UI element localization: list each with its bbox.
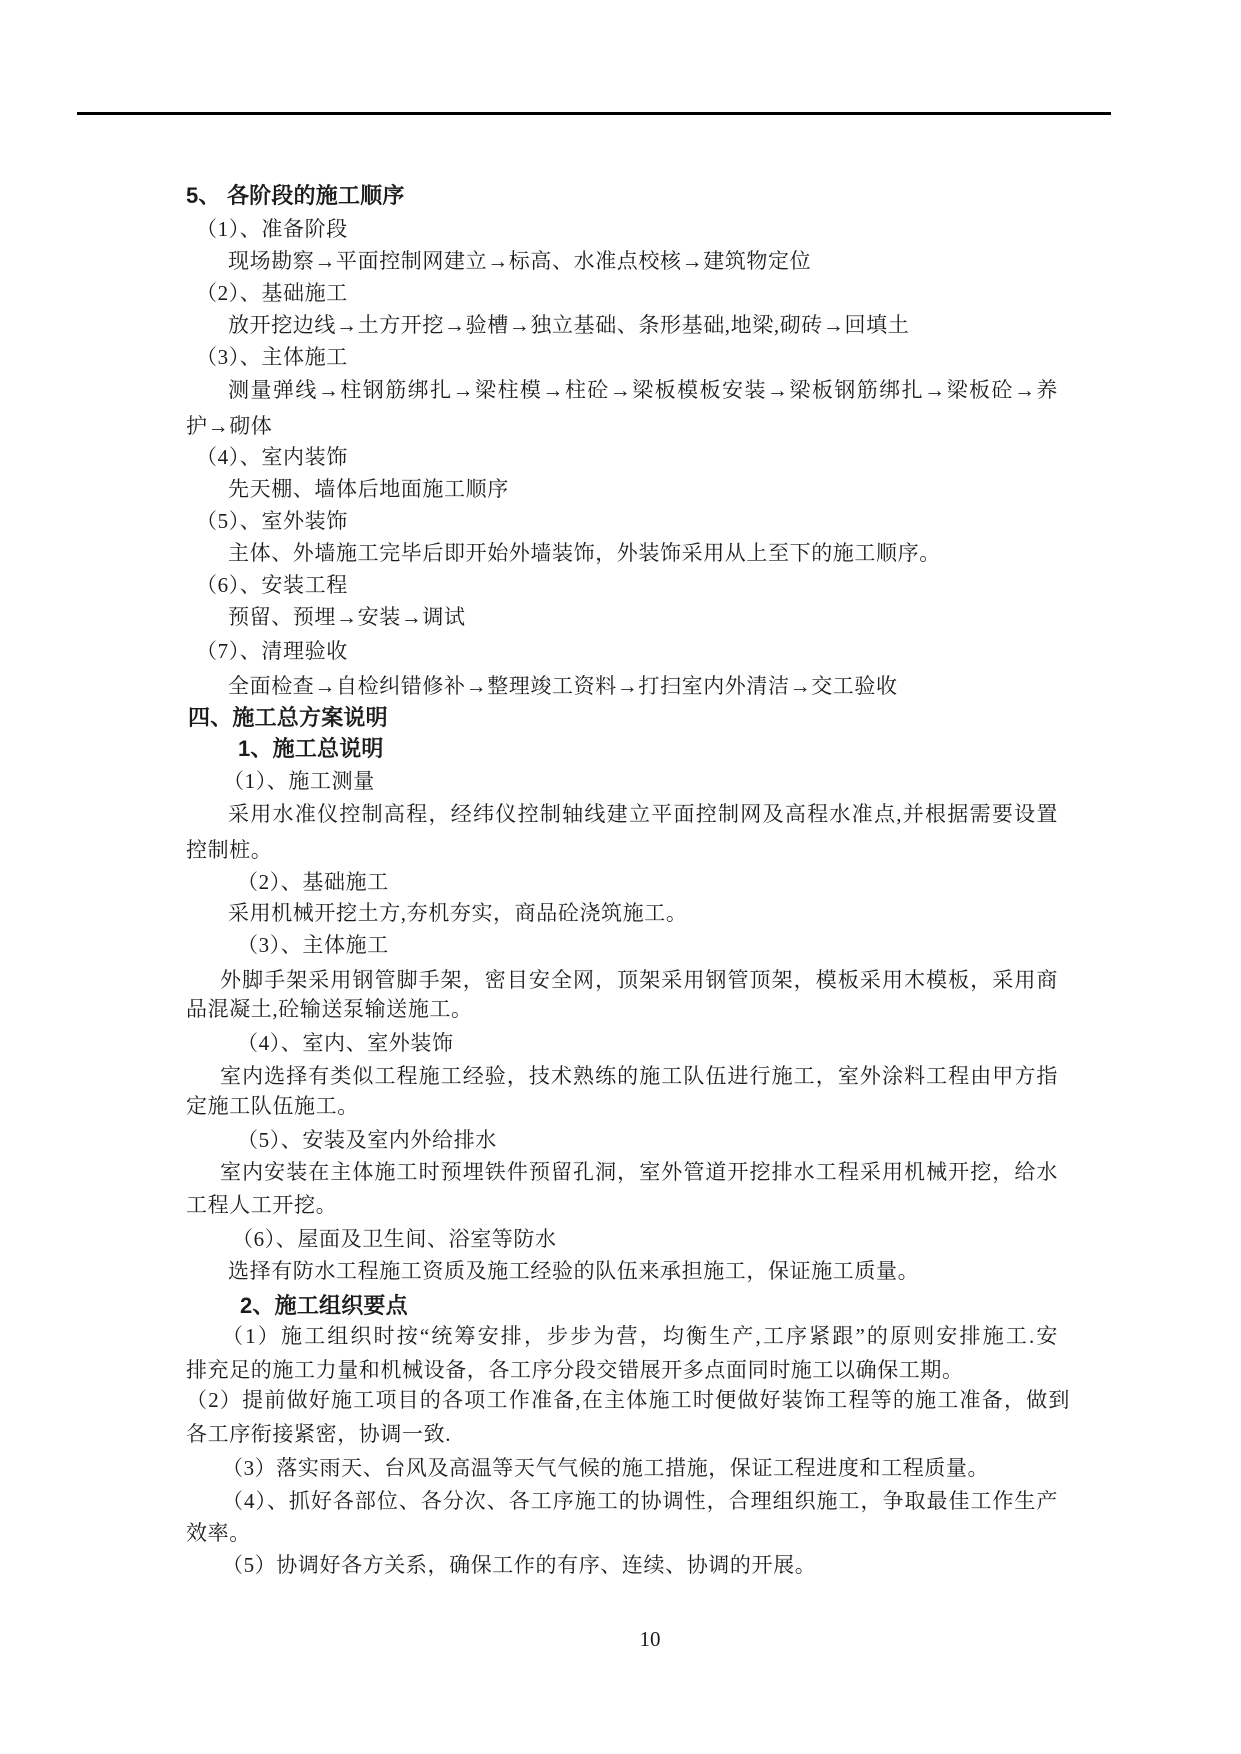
document-line: 2、施工组织要点	[240, 1290, 408, 1322]
document-line: 效率。	[186, 1517, 251, 1549]
document-line: （3）、主体施工	[237, 929, 389, 961]
document-line: （3）、主体施工	[196, 341, 348, 373]
document-line: （1）、施工测量	[223, 765, 375, 797]
document-lines: 5、 各阶段的施工顺序（1）、准备阶段现场勘察→平面控制网建立→标高、水准点校核…	[0, 0, 1241, 1754]
document-line: （4）、抓好各部位、各分次、各工序施工的协调性，合理组织施工，争取最佳工作生产	[222, 1485, 1058, 1517]
document-line: 护→砌体	[186, 410, 272, 442]
document-line: 外脚手架采用钢管脚手架，密目安全网，顶架采用钢管顶架，模板采用木模板，采用商	[220, 964, 1058, 996]
document-line: （4）、室内装饰	[196, 441, 348, 473]
document-line: 室内安装在主体施工时预埋铁件预留孔洞，室外管道开挖排水工程采用机械开挖，给水	[220, 1156, 1058, 1188]
document-line: 采用水准仪控制高程，经纬仪控制轴线建立平面控制网及高程水准点,并根据需要设置	[228, 798, 1058, 830]
document-line: （3）落实雨天、台风及高温等天气气候的施工措施，保证工程进度和工程质量。	[222, 1452, 989, 1484]
document-line: （4）、室内、室外装饰	[237, 1027, 454, 1059]
document-line: （2）、基础施工	[196, 277, 348, 309]
page-number: 10	[600, 1623, 700, 1655]
document-line: 1、施工总说明	[238, 733, 384, 765]
document-line: 先天棚、墙体后地面施工顺序	[228, 473, 509, 505]
document-line: 选择有防水工程施工资质及施工经验的队伍来承担施工，保证施工质量。	[228, 1255, 919, 1287]
document-line: （2）提前做好施工项目的各项工作准备,在主体施工时便做好装饰工程等的施工准备，做…	[186, 1384, 1070, 1416]
document-line: （6）、屋面及卫生间、浴室等防水	[232, 1223, 557, 1255]
document-line: 室内选择有类似工程施工经验，技术熟练的施工队伍进行施工，室外涂料工程由甲方指	[220, 1060, 1058, 1092]
document-line: 定施工队伍施工。	[186, 1090, 359, 1122]
document-line: 工程人工开挖。	[186, 1189, 337, 1221]
document-line: 放开挖边线→土方开挖→验槽→独立基础、条形基础,地梁,砌砖→回填土	[228, 309, 909, 341]
document-line: 现场勘察→平面控制网建立→标高、水准点校核→建筑物定位	[228, 245, 811, 277]
document-line: 品混凝土,砼输送泵输送施工。	[186, 993, 473, 1025]
document-line: （1）施工组织时按“统筹安排，步步为营，均衡生产,工序紧跟”的原则安排施工.安	[222, 1320, 1058, 1352]
document-line: 四、施工总方案说明	[188, 702, 388, 734]
document-line: （1）、准备阶段	[196, 213, 348, 245]
document-line: 采用机械开挖土方,夯机夯实，商品砼浇筑施工。	[228, 897, 687, 929]
document-line: （5）、室外装饰	[196, 505, 348, 537]
document-line: （7）、清理验收	[196, 635, 348, 667]
document-line: （6）、安装工程	[196, 569, 348, 601]
document-line: （5）协调好各方关系，确保工作的有序、连续、协调的开展。	[222, 1549, 816, 1581]
document-line: （5）、安装及室内外给排水	[237, 1124, 497, 1156]
document-line: 各工序衔接紧密，协调一致.	[186, 1418, 451, 1450]
document-line: 5、 各阶段的施工顺序	[186, 180, 405, 212]
document-line: 全面检查→自检纠错修补→整理竣工资料→打扫室内外清洁→交工验收	[228, 670, 898, 702]
document-line: 测量弹线→柱钢筋绑扎→梁柱模→柱砼→梁板模板安装→梁板钢筋绑扎→梁板砼→养	[228, 374, 1058, 406]
document-line: （2）、基础施工	[237, 866, 389, 898]
document-line: 控制桩。	[186, 834, 272, 866]
document-line: 主体、外墙施工完毕后即开始外墙装饰，外装饰采用从上至下的施工顺序。	[228, 537, 941, 569]
document-line: 预留、预埋→安装→调试	[228, 601, 466, 633]
document-line: 排充足的施工力量和机械设备，各工序分段交错展开多点面同时施工以确保工期。	[186, 1354, 964, 1386]
document-page: 5、 各阶段的施工顺序（1）、准备阶段现场勘察→平面控制网建立→标高、水准点校核…	[0, 0, 1241, 1754]
